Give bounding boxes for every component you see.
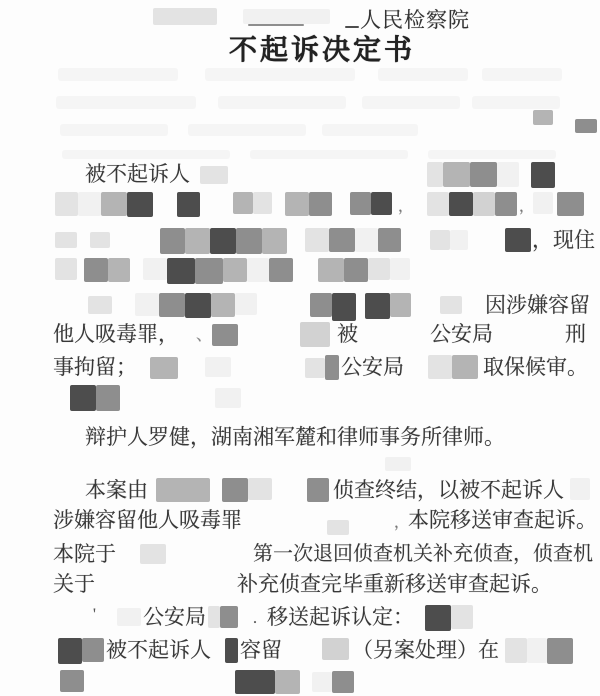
redaction-block <box>332 671 354 693</box>
redaction-block <box>547 638 573 664</box>
redaction-block <box>355 228 378 252</box>
redaction-block <box>310 293 332 317</box>
redaction-block <box>248 478 272 500</box>
text-run: 本案由 <box>85 478 148 503</box>
redaction-block <box>195 258 223 284</box>
redaction-block <box>305 358 325 378</box>
redaction-block <box>247 258 269 282</box>
redaction-block <box>505 228 531 252</box>
redaction-block <box>236 228 262 254</box>
redaction-block <box>222 478 248 502</box>
redaction-block <box>385 457 411 471</box>
redaction-block <box>90 232 110 248</box>
text-run: 本院移送审查起诉。 <box>408 508 597 533</box>
redaction-block <box>185 293 211 318</box>
redaction-block <box>329 228 355 252</box>
text-run: ， <box>398 198 413 216</box>
redaction-block <box>497 162 519 187</box>
redaction-block <box>305 228 329 252</box>
redaction-block <box>300 322 330 347</box>
redaction-block <box>210 228 236 254</box>
redaction-block <box>160 228 185 254</box>
redaction-block <box>235 293 257 315</box>
redaction-block <box>452 355 478 379</box>
redaction-block <box>365 293 390 319</box>
redaction-block <box>470 162 497 187</box>
bleedthrough-smudge <box>250 150 408 159</box>
redaction-block <box>344 258 368 282</box>
redaction-block <box>557 192 584 216</box>
bleedthrough-smudge <box>56 96 196 109</box>
redaction-block <box>185 228 210 254</box>
bleedthrough-smudge <box>218 96 346 109</box>
text-run: （另案处理）在 <box>352 638 499 663</box>
redaction-block <box>378 228 401 252</box>
text-run: . <box>253 609 257 628</box>
redaction-block <box>55 192 78 216</box>
redaction-block <box>533 192 553 214</box>
text-run: 刑 <box>565 322 586 347</box>
redaction-block <box>428 355 452 379</box>
redaction-block <box>570 478 590 500</box>
redaction-block <box>159 293 185 317</box>
redaction-block <box>307 478 329 502</box>
redaction-block <box>473 192 495 216</box>
text-run: 本院于 <box>53 542 116 567</box>
redaction-block <box>390 258 410 280</box>
redaction-block <box>88 296 112 314</box>
redaction-block <box>253 192 272 214</box>
text-run: 被 <box>337 322 358 347</box>
redaction-block <box>575 119 597 133</box>
redaction-block <box>318 258 344 282</box>
redaction-block <box>443 162 470 187</box>
text-run: 公安局 <box>430 322 493 347</box>
redaction-block <box>327 520 349 535</box>
text-run: 事拘留； <box>53 355 137 380</box>
redaction-block <box>177 192 200 217</box>
redaction-block <box>427 162 443 187</box>
redaction-block <box>101 192 127 216</box>
document-page: 人民检察院 不起诉决定书 被不起诉人，，，现住因涉嫌容留他人吸毒罪，、被公安局刑… <box>0 0 600 696</box>
bleedthrough-smudge <box>62 150 230 159</box>
redaction-block <box>449 192 473 216</box>
text-run: 第一次退回侦查机关补充侦查，侦查机 <box>253 542 593 566</box>
header-redaction-block <box>345 26 359 28</box>
text-run: 补充侦查完毕重新移送审查起诉。 <box>237 572 552 597</box>
text-run: 被不起诉人 <box>106 638 211 663</box>
redaction-block <box>527 638 547 663</box>
redaction-block <box>312 672 332 692</box>
redaction-block <box>225 638 238 663</box>
text-run: 因涉嫌容留 <box>485 293 590 318</box>
redaction-block <box>368 258 390 280</box>
redaction-block <box>371 192 392 215</box>
redaction-block <box>82 638 104 662</box>
redaction-block <box>223 258 247 282</box>
redaction-block <box>150 357 178 379</box>
document-title: 不起诉决定书 <box>229 28 415 68</box>
bleedthrough-smudge <box>472 96 560 109</box>
text-run: ， <box>519 198 534 216</box>
text-run: 、 <box>196 326 212 345</box>
redaction-block <box>235 670 275 694</box>
redaction-block <box>205 357 231 377</box>
bleedthrough-smudge <box>378 68 468 81</box>
redaction-block <box>55 258 77 280</box>
text-run: 公安局 <box>143 605 206 630</box>
redaction-block <box>390 293 411 317</box>
redaction-block <box>531 162 555 188</box>
redaction-block <box>233 192 253 214</box>
redaction-block <box>60 670 84 692</box>
header-redaction-block <box>248 24 304 26</box>
redaction-block <box>215 388 241 408</box>
text-run: 涉嫌容留他人吸毒罪 <box>53 508 242 533</box>
redaction-block <box>440 296 462 314</box>
redaction-block <box>143 258 167 280</box>
redaction-block <box>55 232 77 248</box>
redaction-block <box>140 544 166 564</box>
bleedthrough-smudge <box>482 68 562 81</box>
redaction-block <box>200 166 228 184</box>
redaction-block <box>78 192 101 216</box>
redaction-block <box>156 478 210 502</box>
text-run: 他人吸毒罪， <box>53 322 179 347</box>
redaction-block <box>135 293 159 316</box>
redaction-block <box>108 258 130 282</box>
redaction-block <box>211 293 235 317</box>
redaction-block <box>325 355 339 380</box>
text-run: 取保候审。 <box>483 355 588 380</box>
bleedthrough-smudge <box>322 124 418 136</box>
text-run: ，现住 <box>532 228 595 253</box>
redaction-block <box>430 230 450 250</box>
redaction-block <box>275 670 300 694</box>
text-run: ' <box>93 605 96 624</box>
redaction-block <box>332 293 356 321</box>
redaction-block <box>450 230 468 250</box>
redaction-block <box>96 385 120 411</box>
bleedthrough-smudge <box>188 124 306 136</box>
redaction-block <box>117 608 141 626</box>
redaction-block <box>451 605 473 629</box>
header-redaction-block <box>243 9 330 24</box>
text-run: 公安局 <box>341 355 404 380</box>
redaction-block <box>84 258 108 282</box>
redaction-block <box>285 192 309 216</box>
redaction-block <box>495 192 517 216</box>
redaction-block <box>127 192 153 217</box>
redaction-block <box>262 228 287 254</box>
header-redaction-block <box>153 8 217 25</box>
redaction-block <box>208 606 220 628</box>
redaction-block <box>350 192 371 215</box>
redaction-block <box>533 110 553 125</box>
text-run: 关于 <box>53 572 95 597</box>
bleedthrough-smudge <box>60 124 168 136</box>
redaction-block <box>505 638 527 663</box>
redaction-block <box>425 605 451 631</box>
bleedthrough-smudge <box>362 96 460 109</box>
redaction-block <box>220 606 238 628</box>
text-run: 被不起诉人 <box>85 162 190 187</box>
text-run: 移送起诉认定： <box>267 605 414 630</box>
bleedthrough-smudge <box>205 68 355 81</box>
bleedthrough-smudge <box>58 68 178 81</box>
redaction-block <box>427 192 449 216</box>
text-run: 容留 <box>240 638 282 663</box>
redaction-block <box>309 192 332 216</box>
redaction-block <box>212 324 238 346</box>
bleedthrough-smudge <box>428 150 556 159</box>
redaction-block <box>58 638 82 664</box>
redaction-block <box>167 258 195 284</box>
redaction-block <box>70 385 96 411</box>
redaction-block <box>269 258 293 282</box>
text-run: 侦查终结，以被不起诉人 <box>333 478 564 503</box>
text-run: 辩护人罗健，湖南湘军麓和律师事务所律师。 <box>85 425 505 450</box>
text-run: ， <box>394 514 409 532</box>
redaction-block <box>322 638 349 660</box>
